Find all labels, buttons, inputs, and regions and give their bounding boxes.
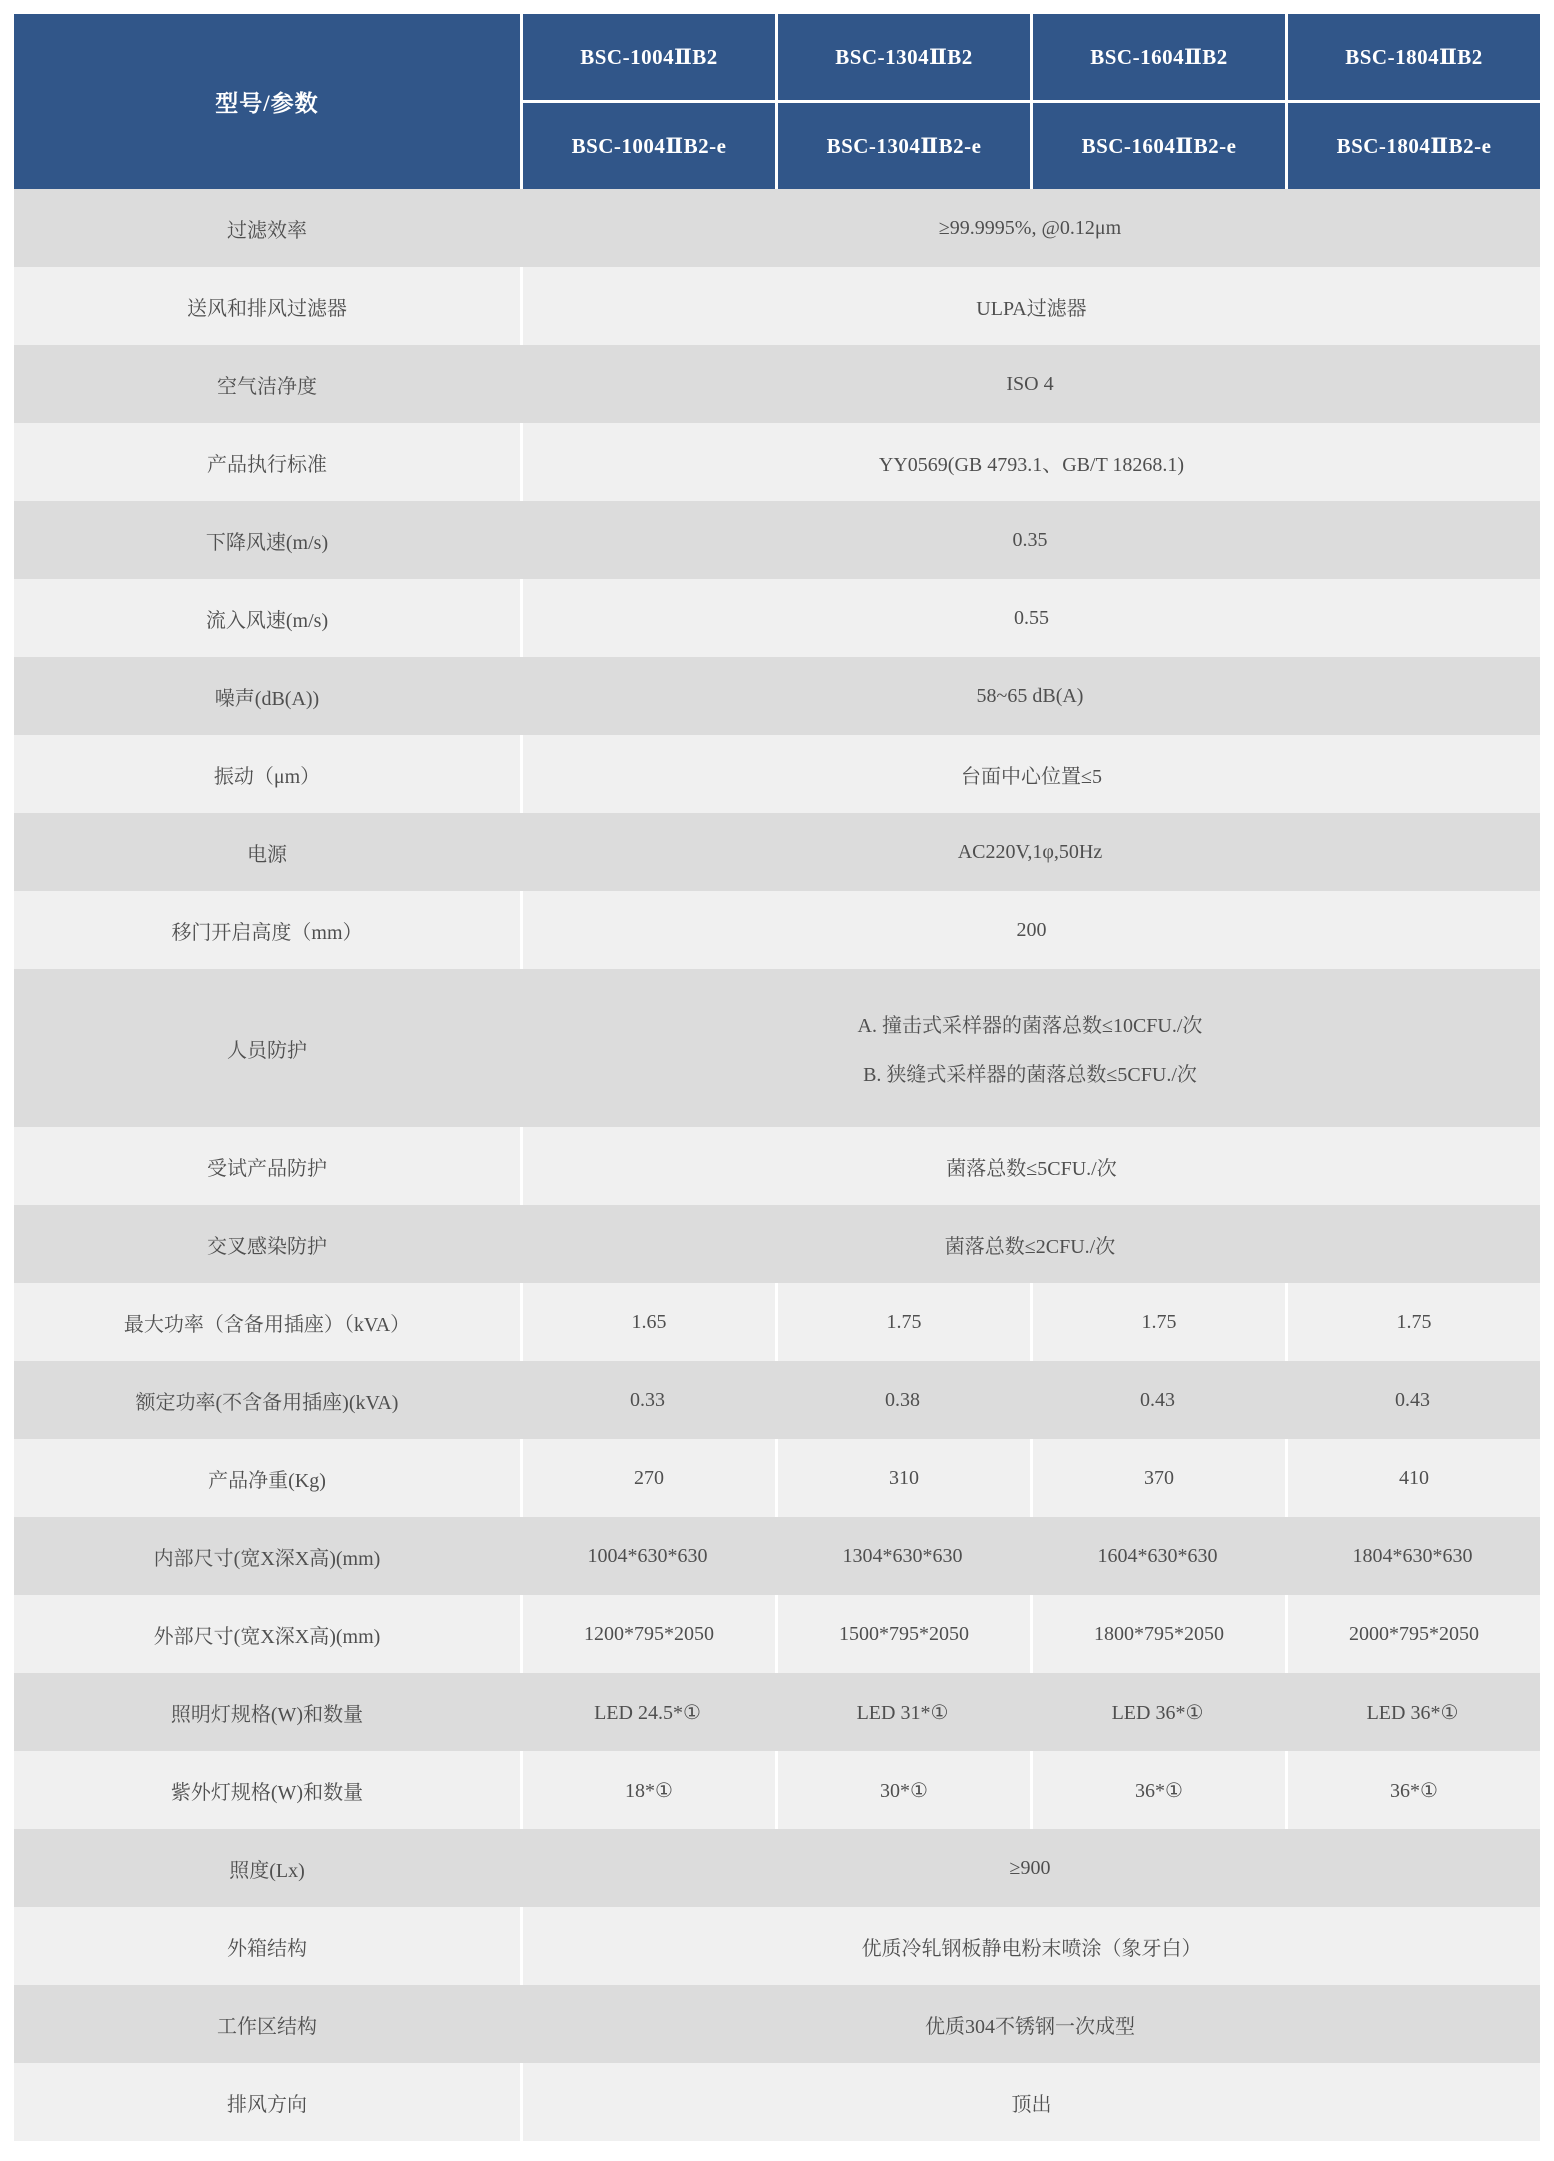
row-label: 交叉感染防护 [14,1205,520,1283]
row-span-cell: 200 [520,891,1540,969]
model-header-cell: BSC-1004ⅡB2-e [520,103,775,189]
row-label: 送风和排风过滤器 [14,267,520,345]
row-value-cell: 1800*795*2050 [1030,1595,1285,1673]
spec-table: 型号/参数 BSC-1004ⅡB2BSC-1304ⅡB2BSC-1604ⅡB2B… [14,14,1540,2141]
row-span-cell: ISO 4 [520,345,1540,423]
row-label: 移门开启高度（mm） [14,891,520,969]
row-label: 下降风速(m/s) [14,501,520,579]
table-row: 外箱结构优质冷轧钢板静电粉末喷涂（象牙白） [14,1907,1540,1985]
table-row: 额定功率(不含备用插座)(kVA)0.330.380.430.43 [14,1361,1540,1439]
row-value-cell: 1304*630*630 [775,1517,1030,1595]
row-label: 电源 [14,813,520,891]
row-label: 受试产品防护 [14,1127,520,1205]
table-row: 过滤效率≥99.9995%, @0.12μm [14,189,1540,267]
table-row: 交叉感染防护菌落总数≤2CFU./次 [14,1205,1540,1283]
row-value-cell: 1.75 [1285,1283,1540,1361]
row-label: 外箱结构 [14,1907,520,1985]
row-value-cell: 36*① [1030,1751,1285,1829]
table-row: 最大功率（含备用插座）（kVA）1.651.751.751.75 [14,1283,1540,1361]
row-value-cell: 0.43 [1030,1361,1285,1439]
table-row: 振动（μm）台面中心位置≤5 [14,735,1540,813]
table-row: 人员防护A. 撞击式采样器的菌落总数≤10CFU./次B. 狭缝式采样器的菌落总… [14,969,1540,1127]
table-row: 受试产品防护菌落总数≤5CFU./次 [14,1127,1540,1205]
row-label: 产品净重(Kg) [14,1439,520,1517]
page: 型号/参数 BSC-1004ⅡB2BSC-1304ⅡB2BSC-1604ⅡB2B… [0,0,1554,2161]
row-value-cell: 18*① [520,1751,775,1829]
row-label: 振动（μm） [14,735,520,813]
row-span-cell: 优质冷轧钢板静电粉末喷涂（象牙白） [520,1907,1540,1985]
row-span-cell: 菌落总数≤5CFU./次 [520,1127,1540,1205]
row-span-cell: 台面中心位置≤5 [520,735,1540,813]
model-header-cell: BSC-1304ⅡB2-e [775,103,1030,189]
row-span-cell: AC220V,1φ,50Hz [520,813,1540,891]
row-value-line: B. 狭缝式采样器的菌落总数≤5CFU./次 [858,1058,1203,1087]
row-label: 照明灯规格(W)和数量 [14,1673,520,1751]
row-value-cell: LED 31*① [775,1673,1030,1751]
table-row: 移门开启高度（mm）200 [14,891,1540,969]
table-row: 产品净重(Kg)270310370410 [14,1439,1540,1517]
row-span-cell: ULPA过滤器 [520,267,1540,345]
row-label: 排风方向 [14,2063,520,2141]
model-header-cell: BSC-1804ⅡB2-e [1285,103,1540,189]
model-header-cell: BSC-1004ⅡB2 [520,14,775,100]
row-span-cell: 58~65 dB(A) [520,657,1540,735]
model-header-cell: BSC-1304ⅡB2 [775,14,1030,100]
row-label: 人员防护 [14,969,520,1127]
table-row: 空气洁净度ISO 4 [14,345,1540,423]
table-row: 外部尺寸(宽X深X高)(mm)1200*795*20501500*795*205… [14,1595,1540,1673]
table-row: 紫外灯规格(W)和数量18*①30*①36*①36*① [14,1751,1540,1829]
row-label: 紫外灯规格(W)和数量 [14,1751,520,1829]
header-models: BSC-1004ⅡB2BSC-1304ⅡB2BSC-1604ⅡB2BSC-180… [520,14,1540,189]
table-row: 流入风速(m/s)0.55 [14,579,1540,657]
row-span-cell: 0.55 [520,579,1540,657]
table-row: 送风和排风过滤器ULPA过滤器 [14,267,1540,345]
header-models-row-2: BSC-1004ⅡB2-eBSC-1304ⅡB2-eBSC-1604ⅡB2-eB… [520,100,1540,189]
row-value-cell: 30*① [775,1751,1030,1829]
row-value-cell: 270 [520,1439,775,1517]
row-value-cell: 370 [1030,1439,1285,1517]
table-row: 排风方向顶出 [14,2063,1540,2141]
row-value-cell: 0.43 [1285,1361,1540,1439]
row-value-cell: 1.75 [1030,1283,1285,1361]
model-header-cell: BSC-1804ⅡB2 [1285,14,1540,100]
row-span-cell: 顶出 [520,2063,1540,2141]
row-label: 最大功率（含备用插座）（kVA） [14,1283,520,1361]
row-value-cell: 2000*795*2050 [1285,1595,1540,1673]
row-multiline-value: A. 撞击式采样器的菌落总数≤10CFU./次B. 狭缝式采样器的菌落总数≤5C… [858,1009,1203,1087]
row-label: 噪声(dB(A)) [14,657,520,735]
table-row: 噪声(dB(A))58~65 dB(A) [14,657,1540,735]
table-row: 照明灯规格(W)和数量LED 24.5*①LED 31*①LED 36*①LED… [14,1673,1540,1751]
row-value-cell: 1200*795*2050 [520,1595,775,1673]
table-row: 工作区结构优质304不锈钢一次成型 [14,1985,1540,2063]
row-span-cell: 0.35 [520,501,1540,579]
row-value-cell: 1500*795*2050 [775,1595,1030,1673]
row-span-cell: ≥900 [520,1829,1540,1907]
row-value-cell: 1.75 [775,1283,1030,1361]
row-label: 空气洁净度 [14,345,520,423]
model-header-cell: BSC-1604ⅡB2-e [1030,103,1285,189]
header-param-cell: 型号/参数 [14,14,520,189]
row-span-cell: ≥99.9995%, @0.12μm [520,189,1540,267]
row-value-cell: 0.33 [520,1361,775,1439]
row-label: 照度(Lx) [14,1829,520,1907]
header-models-row-1: BSC-1004ⅡB2BSC-1304ⅡB2BSC-1604ⅡB2BSC-180… [520,14,1540,100]
table-row: 内部尺寸(宽X深X高)(mm)1004*630*6301304*630*6301… [14,1517,1540,1595]
model-header-cell: BSC-1604ⅡB2 [1030,14,1285,100]
table-row: 产品执行标准YY0569(GB 4793.1、GB/T 18268.1) [14,423,1540,501]
table-header: 型号/参数 BSC-1004ⅡB2BSC-1304ⅡB2BSC-1604ⅡB2B… [14,14,1540,189]
row-span-cell: YY0569(GB 4793.1、GB/T 18268.1) [520,423,1540,501]
row-span-cell: A. 撞击式采样器的菌落总数≤10CFU./次B. 狭缝式采样器的菌落总数≤5C… [520,969,1540,1127]
row-label: 内部尺寸(宽X深X高)(mm) [14,1517,520,1595]
row-label: 产品执行标准 [14,423,520,501]
row-value-cell: 1.65 [520,1283,775,1361]
row-value-cell: 0.38 [775,1361,1030,1439]
row-value-cell: 1804*630*630 [1285,1517,1540,1595]
table-row: 照度(Lx)≥900 [14,1829,1540,1907]
table-body: 过滤效率≥99.9995%, @0.12μm送风和排风过滤器ULPA过滤器空气洁… [14,189,1540,2141]
row-value-cell: 1604*630*630 [1030,1517,1285,1595]
row-label: 外部尺寸(宽X深X高)(mm) [14,1595,520,1673]
row-label: 工作区结构 [14,1985,520,2063]
row-label: 过滤效率 [14,189,520,267]
row-value-cell: 310 [775,1439,1030,1517]
row-span-cell: 优质304不锈钢一次成型 [520,1985,1540,2063]
row-value-cell: LED 36*① [1285,1673,1540,1751]
table-row: 电源AC220V,1φ,50Hz [14,813,1540,891]
row-value-cell: 36*① [1285,1751,1540,1829]
row-value-cell: LED 24.5*① [520,1673,775,1751]
row-value-cell: LED 36*① [1030,1673,1285,1751]
row-span-cell: 菌落总数≤2CFU./次 [520,1205,1540,1283]
row-value-line: A. 撞击式采样器的菌落总数≤10CFU./次 [858,1009,1203,1038]
table-row: 下降风速(m/s)0.35 [14,501,1540,579]
header-param-label: 型号/参数 [215,85,318,118]
row-label: 流入风速(m/s) [14,579,520,657]
row-label: 额定功率(不含备用插座)(kVA) [14,1361,520,1439]
row-value-cell: 410 [1285,1439,1540,1517]
row-value-cell: 1004*630*630 [520,1517,775,1595]
